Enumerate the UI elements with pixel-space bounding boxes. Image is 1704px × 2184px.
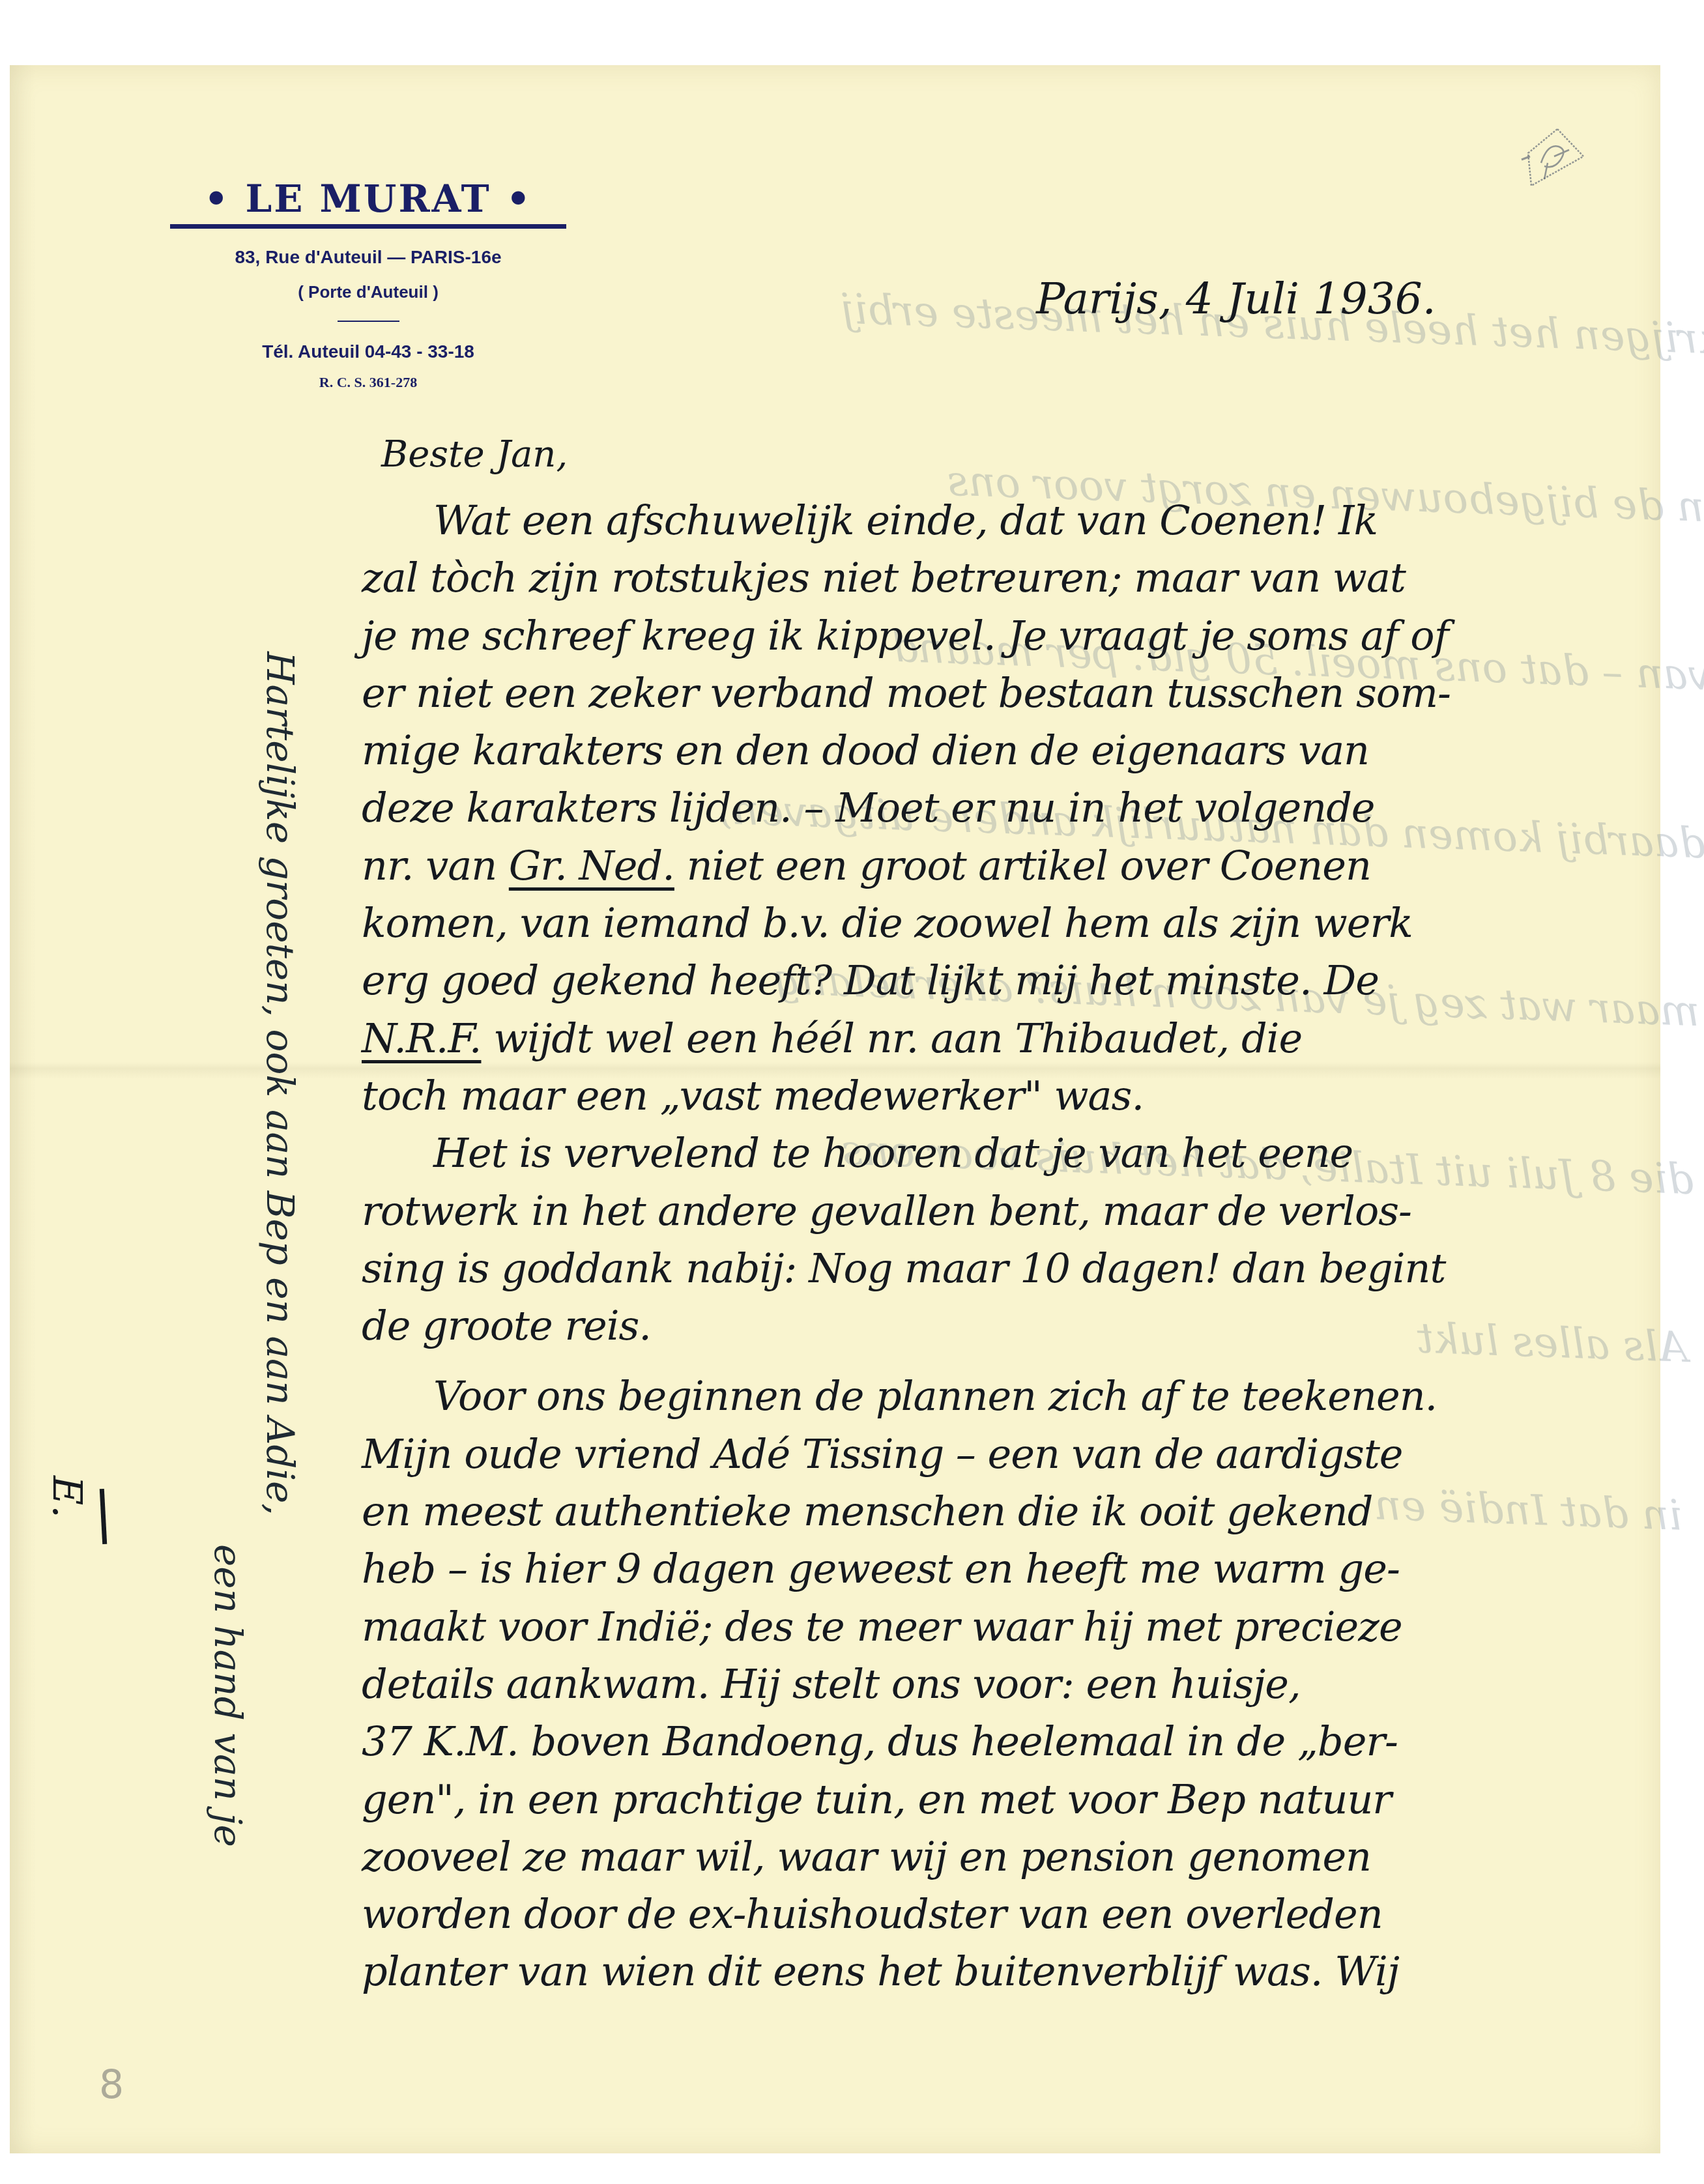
body-line: je me schreef kreeg ik kippevel. Je vraa…: [362, 607, 1639, 665]
letter-salutation: Beste Jan,: [381, 433, 568, 476]
body-line: rotwerk in het andere gevallen bent, maa…: [362, 1183, 1639, 1240]
letter-date: Parijs, 4 Juli 1936.: [1036, 274, 1436, 324]
body-line: maakt voor Indië; des te meer waar hij m…: [362, 1598, 1639, 1656]
underlined-journal-title: N.R.F.: [362, 1014, 481, 1062]
signature: E.: [44, 1476, 91, 1518]
letterhead-address: 83, Rue d'Auteuil — PARIS-16e: [166, 247, 570, 268]
body-line: erg goed gekend heeft? Dat lijkt mij het…: [362, 952, 1639, 1009]
margin-note-line: een hand van je: [202, 652, 254, 1847]
letterhead-sub-address: ( Porte d'Auteuil ): [166, 282, 570, 302]
body-text: wijdt wel een héél nr. aan Thibaudet, di…: [481, 1014, 1302, 1062]
body-line: 37 K.M. boven Bandoeng, dus heelemaal in…: [362, 1713, 1639, 1770]
letterhead-rule: [170, 224, 566, 229]
body-line: heb – is hier 9 dagen geweest en heeft m…: [362, 1540, 1639, 1598]
body-line: planter van wien dit eens het buitenverb…: [362, 1943, 1639, 2000]
body-line: Het is vervelend te hooren dat je van he…: [362, 1125, 1639, 1182]
body-text: nr. van: [362, 842, 509, 889]
body-line: Voor ons beginnen de plannen zich af te …: [362, 1368, 1639, 1425]
underlined-journal-title: Gr. Ned.: [509, 842, 674, 889]
margin-note: Hartelijke groeten, ook aan Bep en aan A…: [202, 652, 306, 1847]
body-line: nr. van Gr. Ned. niet een groot artikel …: [362, 837, 1639, 895]
letterhead: • LE MURAT • 83, Rue d'Auteuil — PARIS-1…: [166, 176, 570, 391]
body-text: niet een groot artikel over Coenen: [674, 842, 1371, 889]
body-line: zal tòch zijn rotstukjes niet betreuren;…: [362, 549, 1639, 607]
letterhead-divider: [338, 321, 399, 322]
body-line: er niet een zeker verband moet bestaan t…: [362, 665, 1639, 722]
letterhead-telephone: Tél. Auteuil 04-43 - 33-18: [166, 341, 570, 362]
body-line: details aankwam. Hij stelt ons voor: een…: [362, 1656, 1639, 1713]
pencil-page-number: 8: [99, 2062, 124, 2108]
letterhead-name: • LE MURAT •: [166, 176, 570, 222]
body-line: mige karakters en den dood dien de eigen…: [362, 722, 1639, 779]
body-line: en meest authentieke menschen die ik ooi…: [362, 1483, 1639, 1540]
body-line: gen", in een prachtige tuin, en met voor…: [362, 1771, 1639, 1828]
body-line: Mijn oude vriend Adé Tissing – een van d…: [362, 1426, 1639, 1483]
body-line: Wat een afschuwelijk einde, dat van Coen…: [362, 492, 1639, 549]
margin-note-line: Hartelijke groeten, ook aan Bep en aan A…: [254, 652, 306, 1847]
letterhead-registration: R. C. S. 361-278: [166, 374, 570, 391]
body-line: komen, van iemand b.v. die zoowel hem al…: [362, 895, 1639, 952]
letter-body: Wat een afschuwelijk einde, dat van Coen…: [362, 492, 1639, 2001]
body-line: de groote reis.: [362, 1297, 1639, 1355]
pencil-monogram-icon: [1518, 124, 1590, 195]
body-line: toch maar een „vast medewerker" was.: [362, 1067, 1639, 1125]
body-line: sing is goddank nabij: Nog maar 10 dagen…: [362, 1240, 1639, 1297]
body-line: deze karakters lijden. – Moet er nu in h…: [362, 779, 1639, 837]
body-line: N.R.F. wijdt wel een héél nr. aan Thibau…: [362, 1010, 1639, 1067]
body-line: worden door de ex-huishoudster van een o…: [362, 1886, 1639, 1943]
body-line: zooveel ze maar wil, waar wij en pension…: [362, 1828, 1639, 1886]
